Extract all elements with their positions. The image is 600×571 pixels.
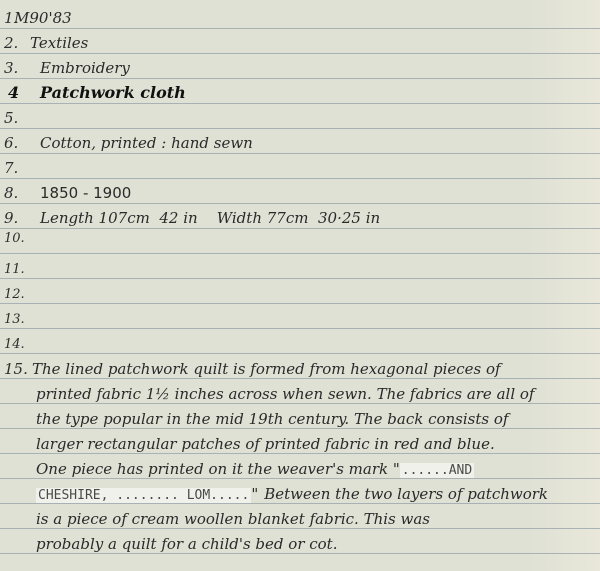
field-3-category: 3. Embroidery bbox=[4, 53, 130, 77]
field-12: 12. bbox=[4, 278, 40, 302]
field-number: 3. bbox=[4, 59, 40, 77]
ruled-line bbox=[0, 228, 600, 229]
field-number: 13. bbox=[4, 312, 40, 327]
field-5: 5. bbox=[4, 103, 40, 127]
description-line: larger rectangular patches of printed fa… bbox=[36, 435, 495, 453]
weaver-mark-stamp: CHESHIRE, ........ LOM..... bbox=[36, 488, 251, 503]
field-9-dimensions: 9. Length 107cm 42 in Width 77cm 30·25 i… bbox=[4, 203, 380, 227]
ruled-line bbox=[0, 328, 600, 329]
description-line: the type popular in the mid 19th century… bbox=[36, 410, 508, 428]
field-number: 2. bbox=[4, 34, 30, 52]
field-6-materials: 6. Cotton, printed : hand sewn bbox=[4, 128, 253, 152]
field-13: 13. bbox=[4, 303, 40, 327]
field-number: 6. bbox=[4, 134, 40, 152]
field-15-description: 15. The lined patchwork quilt is formed … bbox=[4, 353, 548, 553]
field-value: Cotton, printed : hand sewn bbox=[40, 134, 253, 152]
description-line: One piece has printed on it the weaver's… bbox=[36, 460, 400, 478]
field-number: 5. bbox=[4, 109, 40, 127]
field-number: 14. bbox=[4, 337, 40, 352]
weaver-mark-stamp: ......AND bbox=[400, 463, 474, 478]
field-11: 11. bbox=[4, 253, 40, 277]
description-line: The lined patchwork quilt is formed from… bbox=[32, 360, 501, 378]
field-number: 11. bbox=[4, 262, 40, 277]
field-number: 8. bbox=[4, 184, 40, 202]
ruled-line bbox=[0, 28, 600, 29]
field-2-department: 2. Textiles bbox=[4, 28, 88, 52]
field-value: M90'83 bbox=[14, 9, 72, 27]
field-number: 4 bbox=[4, 83, 40, 102]
field-number: 1. bbox=[4, 9, 14, 27]
ruled-line bbox=[0, 153, 600, 154]
field-value: 1850 - 1900 bbox=[40, 184, 131, 202]
description-line: printed fabric 1½ inches across when sew… bbox=[36, 385, 534, 403]
field-value: Length 107cm 42 in Width 77cm 30·25 in bbox=[40, 209, 380, 227]
field-number: 10. bbox=[4, 231, 40, 246]
field-number: 12. bbox=[4, 287, 40, 302]
field-1-accession-number: 1. M90'83 bbox=[4, 3, 72, 27]
field-value: Embroidery bbox=[40, 59, 130, 77]
quote-mark: " bbox=[251, 485, 258, 503]
field-value: Patchwork cloth bbox=[40, 83, 186, 102]
field-7: 7. bbox=[4, 153, 40, 177]
catalogue-card: 1. M90'83 2. Textiles 3. Embroidery 4 Pa… bbox=[0, 0, 600, 571]
field-number: 7. bbox=[4, 159, 40, 177]
ruled-line bbox=[0, 553, 600, 554]
description-line: Between the two layers of patchwork bbox=[258, 485, 548, 503]
ruled-line bbox=[0, 103, 600, 104]
field-8-date: 8. 1850 - 1900 bbox=[4, 178, 131, 202]
ruled-line bbox=[0, 278, 600, 279]
description-line: is a piece of cream woollen blanket fabr… bbox=[36, 510, 430, 528]
ruled-line bbox=[0, 303, 600, 304]
field-10: 10. bbox=[4, 222, 40, 246]
field-number: 15. bbox=[4, 360, 32, 378]
field-14: 14. bbox=[4, 328, 40, 352]
field-4-object-name: 4 Patchwork cloth bbox=[4, 78, 186, 102]
description-line: probably a quilt for a child's bed or co… bbox=[36, 535, 337, 553]
field-value: Textiles bbox=[30, 34, 88, 52]
ruled-line bbox=[0, 253, 600, 254]
